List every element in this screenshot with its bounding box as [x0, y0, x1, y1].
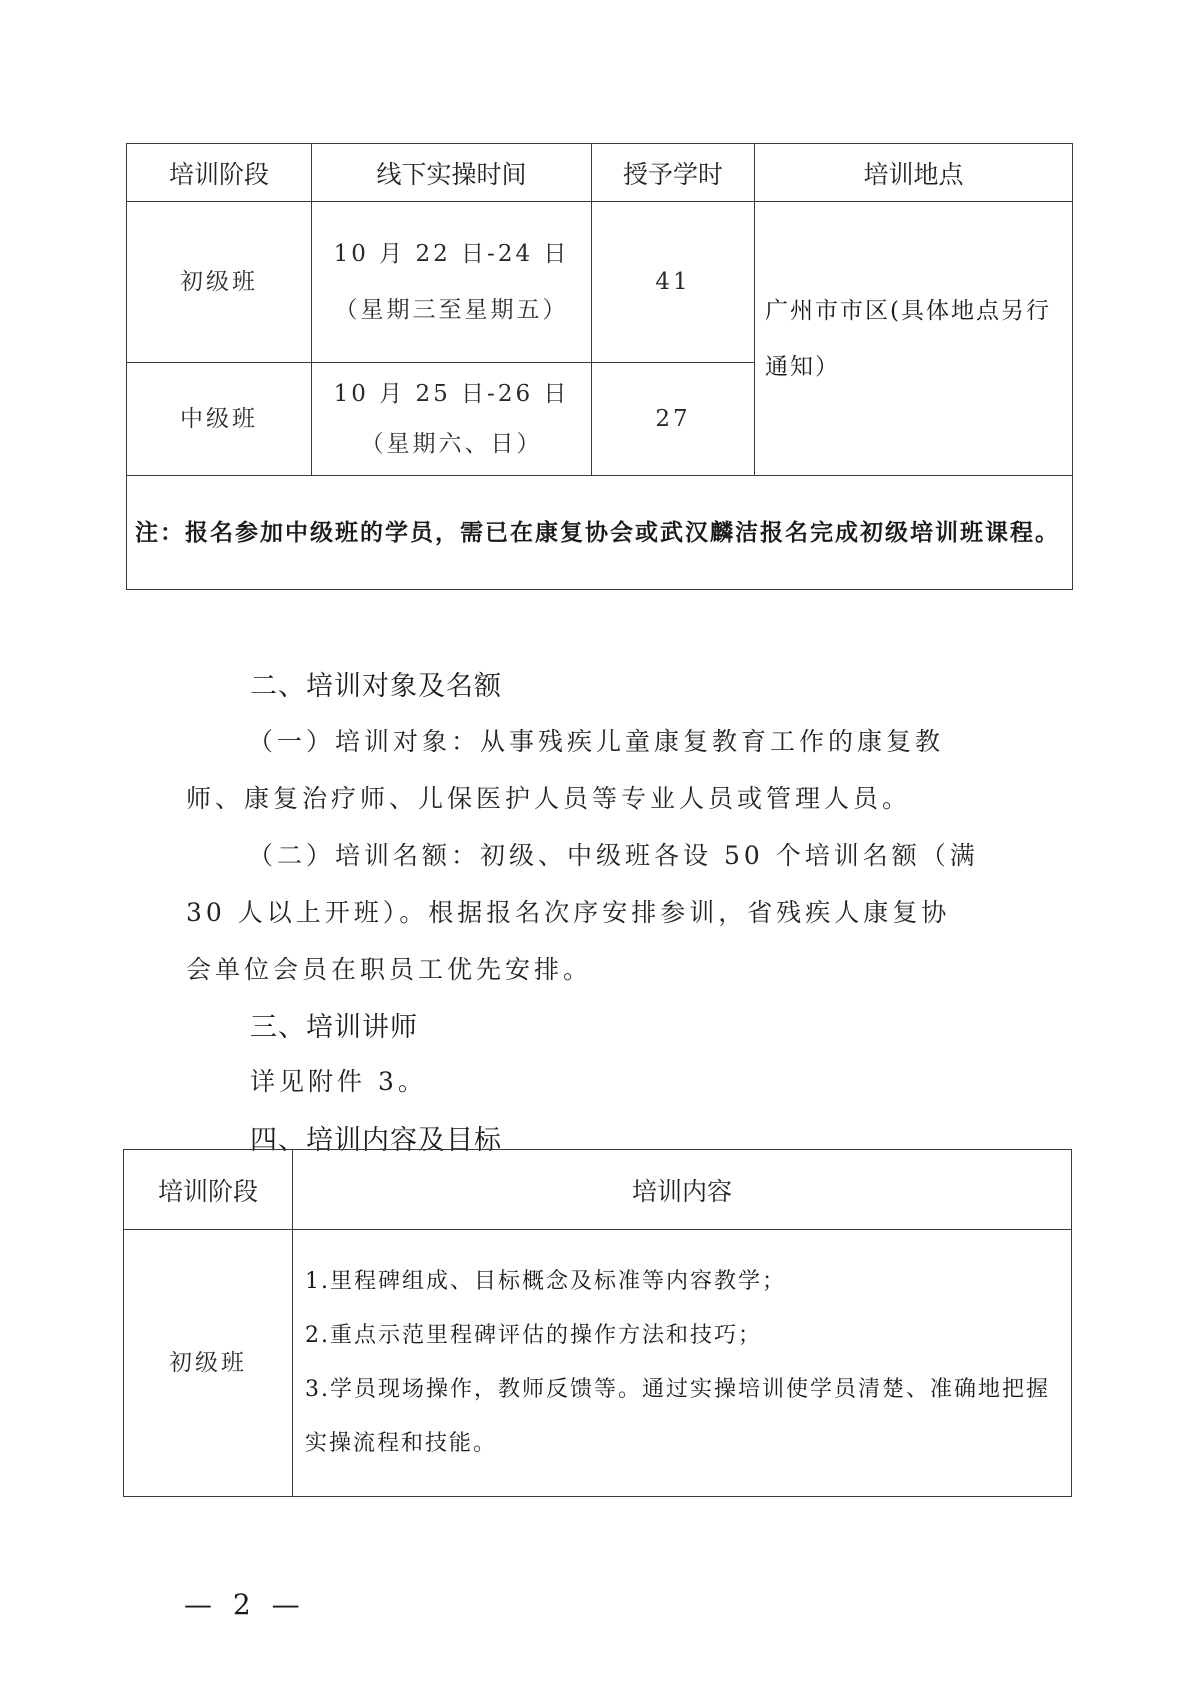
- weekday-range: （星期三至星期五）: [312, 282, 591, 338]
- content-item: 1.里程碑组成、目标概念及标准等内容教学；: [305, 1255, 1059, 1309]
- hours-cell: 27: [592, 363, 755, 476]
- content-item: 3.学员现场操作，教师反馈等。通过实操培训使学员清楚、准确地把握实操流程和技能。: [305, 1363, 1059, 1471]
- weekday-range: （星期六、日）: [312, 419, 591, 469]
- section-3-heading: 三、培训讲师: [250, 1005, 418, 1044]
- schedule-table: 培训阶段 线下实操时间 授予学时 培训地点 初级班 10 月 22 日-24 日…: [126, 143, 1073, 590]
- header-time: 线下实操时间: [312, 144, 592, 202]
- time-cell: 10 月 25 日-26 日 （星期六、日）: [312, 363, 592, 476]
- paragraph-line: （一）培训对象：从事残疾儿童康复教育工作的康复教: [248, 722, 944, 758]
- content-item: 2.重点示范里程碑评估的操作方法和技巧；: [305, 1309, 1059, 1363]
- header-stage: 培训阶段: [124, 1150, 293, 1230]
- time-cell: 10 月 22 日-24 日 （星期三至星期五）: [312, 202, 592, 363]
- page-number: — 2 —: [184, 1588, 306, 1621]
- table-row: 初级班 10 月 22 日-24 日 （星期三至星期五） 41 广州市市区(具体…: [127, 202, 1073, 363]
- paragraph-line: （二）培训名额：初级、中级班各设 50 个培训名额（满: [248, 836, 979, 872]
- content-table: 培训阶段 培训内容 初级班 1.里程碑组成、目标概念及标准等内容教学； 2.重点…: [123, 1149, 1072, 1497]
- section-2-heading: 二、培训对象及名额: [250, 664, 502, 703]
- paragraph-line: 会单位会员在职员工优先安排。: [186, 950, 592, 986]
- content-cell: 1.里程碑组成、目标概念及标准等内容教学； 2.重点示范里程碑评估的操作方法和技…: [293, 1230, 1072, 1497]
- note-row: 注：报名参加中级班的学员，需已在康复协会或武汉麟洁报名完成初级培训班课程。: [127, 476, 1073, 590]
- section-3-body: 详见附件 3。: [250, 1062, 427, 1098]
- stage-cell: 中级班: [127, 363, 312, 476]
- hours-cell: 41: [592, 202, 755, 363]
- paragraph-line: 30 人以上开班）。根据报名次序安排参训，省残疾人康复协: [186, 893, 950, 929]
- location-cell: 广州市市区(具体地点另行通知）: [755, 202, 1073, 476]
- paragraph-line: 师、康复治疗师、儿保医护人员等专业人员或管理人员。: [186, 779, 911, 815]
- schedule-header-row: 培训阶段 线下实操时间 授予学时 培训地点: [127, 144, 1073, 202]
- stage-cell: 初级班: [124, 1230, 293, 1497]
- header-stage: 培训阶段: [127, 144, 312, 202]
- date-range: 10 月 25 日-26 日: [312, 369, 591, 419]
- header-location: 培训地点: [755, 144, 1073, 202]
- header-hours: 授予学时: [592, 144, 755, 202]
- header-content: 培训内容: [293, 1150, 1072, 1230]
- date-range: 10 月 22 日-24 日: [312, 226, 591, 282]
- stage-cell: 初级班: [127, 202, 312, 363]
- table-row: 初级班 1.里程碑组成、目标概念及标准等内容教学； 2.重点示范里程碑评估的操作…: [124, 1230, 1072, 1497]
- note-text: 注：报名参加中级班的学员，需已在康复协会或武汉麟洁报名完成初级培训班课程。: [127, 476, 1073, 590]
- content-header-row: 培训阶段 培训内容: [124, 1150, 1072, 1230]
